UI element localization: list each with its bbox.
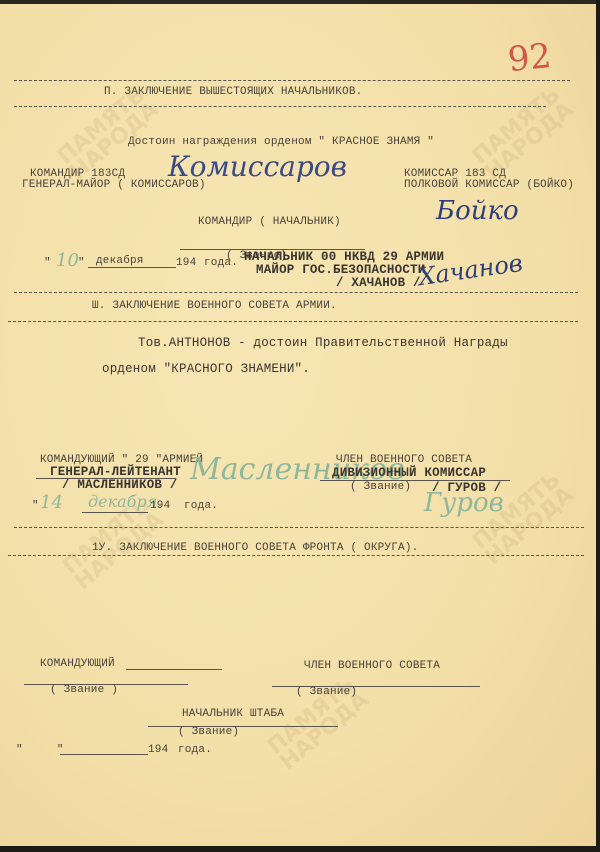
nkvd-title: НАЧАЛЬНИК 00 НКВД 29 АРМИИ [244,250,444,264]
handwritten-signature: Гуров [424,488,504,518]
date-year: 194 [148,744,168,756]
section3-right-signatory-title: ЧЛЕН ВОЕННОГО СОВЕТА [336,454,472,466]
section3-body-line2: орденом "КРАСНОГО ЗНАМЕНИ". [102,362,310,376]
document-page: ПАМЯТЬНАРОДА ПАМЯТЬНАРОДА ПАМЯТЬНАРОДА П… [0,4,596,846]
section4-commander-label: КОМАНДУЮЩИЙ [40,658,115,670]
section3-right-signatory-rank: ДИВИЗИОННЫЙ КОМИССАР [332,466,486,480]
sheet-number: 92 [506,36,553,80]
date-word: года. [184,500,218,512]
date-day: 14 [40,492,63,513]
section3-left-signatory-rank: ГЕНЕРАЛ-ЛЕЙТЕНАНТ [50,465,181,479]
section4-commander-rank: ( Звание ) [50,684,118,696]
section4-chief-of-staff-label: НАЧАЛЬНИК ШТАБА [182,708,284,720]
date-word: года. [178,744,212,756]
date-line [82,512,148,513]
page-edge [596,0,600,852]
section2-heading: П. ЗАКЛЮЧЕНИЕ ВЫШЕСТОЯЩИХ НАЧАЛЬНИКОВ. [104,86,362,98]
date-day: 10 [56,250,79,271]
handwritten-signature: Бойко [436,196,519,226]
date-month: декабря [96,255,144,267]
divider [8,321,578,322]
section3-left-signatory-name: / МАСЛЕННИКОВ / [62,478,178,492]
date-month: декабря [88,492,157,511]
section4-heading: 1У. ЗАКЛЮЧЕНИЕ ВОЕННОГО СОВЕТА ФРОНТА ( … [92,542,418,554]
section4-chief-of-staff-rank: ( Звание) [178,726,239,738]
date-year: 194 [176,257,196,269]
divider [14,106,546,107]
section2-right-signatory-rank: ПОЛКОВОЙ КОМИССАР (БОЙКО) [404,179,574,191]
divider [14,80,570,81]
page-edge [0,846,600,852]
commander-label: КОМАНДИР ( НАЧАЛЬНИК) [198,216,341,228]
date-open-quote: " [32,500,39,512]
nkvd-name: / ХАЧАНОВ / [336,276,421,290]
divider [14,292,578,293]
rank-line [148,726,338,727]
section3-body-line1: Тов.АНТНОНОВ - достоин Правительственной… [138,336,508,350]
divider [8,555,584,556]
date-word: года. [204,257,238,269]
date-quotes: " " [16,744,64,756]
section3-heading: Ш. ЗАКЛЮЧЕНИЕ ВОЕННОГО СОВЕТА АРМИИ. [92,300,337,312]
date-open-quote: " [44,257,51,269]
nkvd-rank: МАЙОР ГОС.БЕЗОПАСНОСТИ [256,263,425,277]
section2-verdict: Достоин награждения орденом " КРАСНОЕ ЗН… [128,136,434,148]
divider [14,527,584,528]
section3-right-rank-label: ( Звание) [350,481,411,493]
handwritten-signature: Комиссаров [168,150,347,183]
section4-council-member-rank: ( Звание) [296,686,357,698]
date-year: 194 [150,500,170,512]
date-line [88,267,176,268]
date-line [60,754,148,755]
signature-line [126,669,222,670]
date-close-quote: " [78,257,85,269]
section4-council-member-label: ЧЛЕН ВОЕННОГО СОВЕТА [304,660,440,672]
